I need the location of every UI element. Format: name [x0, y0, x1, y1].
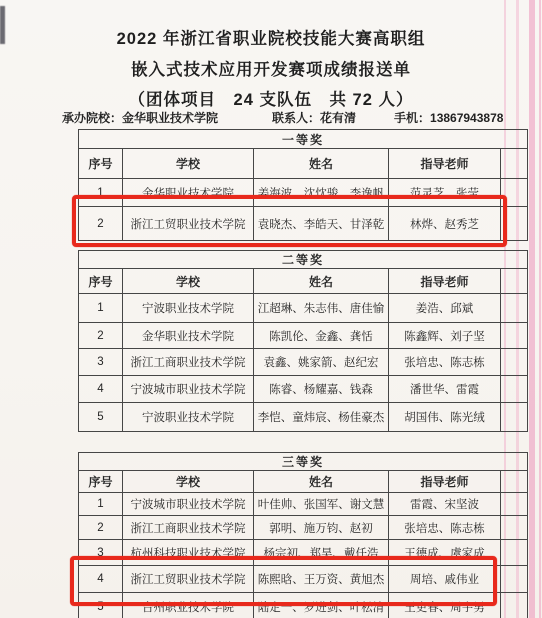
cell-school: 台州职业技术学院 — [123, 593, 254, 618]
col-header-teachers: 指导老师 — [389, 471, 501, 493]
table-row: 4 浙江工贸职业技术学院 陈熙晗、王万资、黄旭杰 周培、戚伟业 — [79, 566, 528, 593]
cell-names: 江超琳、朱志伟、唐佳愉 — [254, 294, 389, 323]
cell-teachers: 张培忠、陈志栋 — [389, 516, 501, 540]
cell-teachers: 张培忠、陈志栋 — [389, 349, 501, 376]
doc-title-line3: （团体项目 24 支队伍 共 72 人） — [0, 86, 542, 110]
cell-school: 浙江工商职业技术学院 — [123, 349, 254, 376]
phone-value: 13867943878 — [430, 111, 503, 125]
host-label: 承办院校： — [62, 111, 122, 125]
cell-names: 陆定一、罗进剑、叶松清 — [254, 593, 389, 618]
cell-no: 1 — [79, 179, 123, 207]
cell-extra — [501, 403, 528, 432]
col-header-school: 学校 — [123, 269, 254, 294]
doc-info-line: 承办院校：金华职业技术学院 联系人：花有清 手机：13867943878 — [0, 109, 542, 125]
cell-no: 2 — [79, 516, 123, 540]
cell-teachers: 潘世华、雷霞 — [389, 376, 501, 403]
prize-title-row: 三等奖 — [79, 453, 528, 471]
cell-teachers: 王吏春、周宇男 — [389, 593, 501, 618]
table-row: 4 宁波城市职业技术学院 陈睿、杨耀嘉、钱森 潘世华、雷霞 — [79, 376, 528, 403]
prize-title-row: 二等奖 — [79, 251, 528, 269]
cell-school: 杭州科技职业技术学院 — [123, 540, 254, 566]
cell-no: 5 — [79, 403, 123, 432]
cell-extra — [501, 516, 528, 540]
cell-school: 宁波城市职业技术学院 — [123, 376, 254, 403]
col-header-no: 序号 — [79, 269, 123, 294]
prize-title-row: 一等奖 — [79, 130, 528, 149]
cell-school: 宁波职业技术学院 — [123, 294, 254, 323]
cell-school: 浙江工商职业技术学院 — [123, 516, 254, 540]
table-row: 1 宁波职业技术学院 江超琳、朱志伟、唐佳愉 姜浩、邱斌 — [79, 294, 528, 323]
table-row: 1 金华职业技术学院 姜海波、沈忱骏、李逸帆 范灵芝、张莹 — [79, 179, 528, 207]
cell-teachers: 胡国伟、陈光绒 — [389, 403, 501, 432]
cell-extra — [501, 179, 528, 207]
table-row: 5 台州职业技术学院 陆定一、罗进剑、叶松清 王吏春、周宇男 — [79, 593, 528, 618]
cell-teachers: 周培、戚伟业 — [389, 566, 501, 593]
col-header-school: 学校 — [123, 149, 254, 179]
contact-value: 花有清 — [320, 111, 356, 125]
col-header-no: 序号 — [79, 149, 123, 179]
cell-extra — [501, 323, 528, 349]
col-header-extra — [501, 149, 528, 179]
cell-extra — [501, 593, 528, 618]
prize-title-first: 一等奖 — [79, 130, 528, 149]
prize-table-third: 三等奖 序号 学校 姓名 指导老师 1 宁波城市职业技术学院 叶佳帅、张国军、谢… — [78, 452, 528, 618]
col-header-school: 学校 — [123, 471, 254, 493]
prize-table-first: 一等奖 序号 学校 姓名 指导老师 1 金华职业技术学院 姜海波、沈忱骏、李逸帆… — [78, 129, 528, 241]
cell-extra — [501, 207, 528, 241]
cell-no: 4 — [79, 566, 123, 593]
cell-school: 浙江工贸职业技术学院 — [123, 566, 254, 593]
cell-names: 杨宗初、郑昊、戴任浩 — [254, 540, 389, 566]
table-row: 2 浙江工商职业技术学院 郭明、施万钧、赵初 张培忠、陈志栋 — [79, 516, 528, 540]
col-header-no: 序号 — [79, 471, 123, 493]
cell-school: 金华职业技术学院 — [123, 323, 254, 349]
cell-no: 5 — [79, 593, 123, 618]
table-header-row: 序号 学校 姓名 指导老师 — [79, 149, 528, 179]
cell-school: 宁波职业技术学院 — [123, 403, 254, 432]
cell-teachers: 范灵芝、张莹 — [389, 179, 501, 207]
cell-school: 金华职业技术学院 — [123, 179, 254, 207]
cell-no: 3 — [79, 540, 123, 566]
prize-title-second: 二等奖 — [79, 251, 528, 269]
cell-names: 姜海波、沈忱骏、李逸帆 — [254, 179, 389, 207]
cell-school: 浙江工贸职业技术学院 — [123, 207, 254, 241]
cell-teachers: 林烨、赵秀芝 — [389, 207, 501, 241]
cell-names: 李恺、童炜宸、杨佳豪杰 — [254, 403, 389, 432]
host-school: 承办院校：金华职业技术学院 — [62, 109, 218, 126]
cell-names: 袁鑫、姚家箭、赵纪宏 — [254, 349, 389, 376]
prize-table-second: 二等奖 序号 学校 姓名 指导老师 1 宁波职业技术学院 江超琳、朱志伟、唐佳愉… — [78, 250, 528, 432]
table-row: 2 浙江工贸职业技术学院 袁晓杰、李皓天、甘泽乾 林烨、赵秀芝 — [79, 207, 528, 241]
col-header-extra — [501, 269, 528, 294]
phone-label: 手机： — [394, 111, 430, 125]
cell-no: 4 — [79, 376, 123, 403]
cell-teachers: 姜浩、邱斌 — [389, 294, 501, 323]
contact-person: 联系人：花有清 — [272, 109, 356, 126]
cell-names: 郭明、施万钧、赵初 — [254, 516, 389, 540]
col-header-teachers: 指导老师 — [389, 269, 501, 294]
table-row: 3 浙江工商职业技术学院 袁鑫、姚家箭、赵纪宏 张培忠、陈志栋 — [79, 349, 528, 376]
cell-names: 陈凯伦、金鑫、龚恬 — [254, 323, 389, 349]
cell-extra — [501, 349, 528, 376]
host-value: 金华职业技术学院 — [122, 111, 218, 125]
cell-extra — [501, 376, 528, 403]
cell-no: 2 — [79, 323, 123, 349]
col-header-teachers: 指导老师 — [389, 149, 501, 179]
doc-title-line2: 嵌入式技术应用开发赛项成绩报送单 — [0, 56, 542, 80]
cell-no: 2 — [79, 207, 123, 241]
table-row: 2 金华职业技术学院 陈凯伦、金鑫、龚恬 陈鑫辉、刘子坚 — [79, 323, 528, 349]
cell-names: 叶佳帅、张国军、谢文慧 — [254, 493, 389, 516]
cell-names: 袁晓杰、李皓天、甘泽乾 — [254, 207, 389, 241]
phone-number: 手机：13867943878 — [394, 109, 503, 126]
cell-teachers: 雷霞、宋坚波 — [389, 493, 501, 516]
cell-names: 陈睿、杨耀嘉、钱森 — [254, 376, 389, 403]
col-header-names: 姓名 — [254, 269, 389, 294]
cell-no: 1 — [79, 294, 123, 323]
col-header-names: 姓名 — [254, 471, 389, 493]
table-row: 5 宁波职业技术学院 李恺、童炜宸、杨佳豪杰 胡国伟、陈光绒 — [79, 403, 528, 432]
prize-title-third: 三等奖 — [79, 453, 528, 471]
cell-extra — [501, 540, 528, 566]
cell-extra — [501, 566, 528, 593]
cell-names: 陈熙晗、王万资、黄旭杰 — [254, 566, 389, 593]
scanned-document-page: 2022 年浙江省职业院校技能大赛高职组 嵌入式技术应用开发赛项成绩报送单 （团… — [0, 0, 542, 618]
doc-title-line1: 2022 年浙江省职业院校技能大赛高职组 — [0, 25, 542, 49]
cell-extra — [501, 493, 528, 516]
cell-teachers: 王德成、虞家成 — [389, 540, 501, 566]
table-header-row: 序号 学校 姓名 指导老师 — [79, 471, 528, 493]
cell-no: 1 — [79, 493, 123, 516]
col-header-extra — [501, 471, 528, 493]
cell-school: 宁波城市职业技术学院 — [123, 493, 254, 516]
col-header-names: 姓名 — [254, 149, 389, 179]
table-row: 1 宁波城市职业技术学院 叶佳帅、张国军、谢文慧 雷霞、宋坚波 — [79, 493, 528, 516]
cell-no: 3 — [79, 349, 123, 376]
contact-label: 联系人： — [272, 111, 320, 125]
table-row: 3 杭州科技职业技术学院 杨宗初、郑昊、戴任浩 王德成、虞家成 — [79, 540, 528, 566]
cell-teachers: 陈鑫辉、刘子坚 — [389, 323, 501, 349]
cell-extra — [501, 294, 528, 323]
table-header-row: 序号 学校 姓名 指导老师 — [79, 269, 528, 294]
